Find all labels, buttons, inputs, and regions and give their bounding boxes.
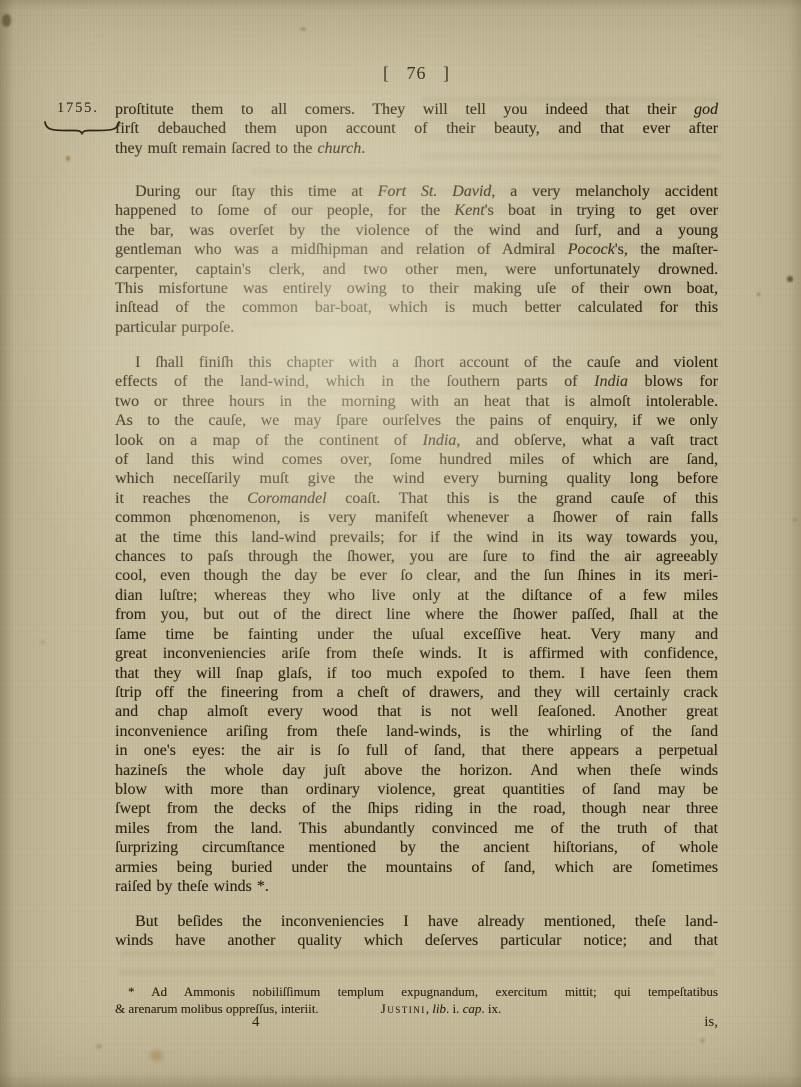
italic-text: Coromandel [247,490,326,507]
foxing-spot [2,14,11,27]
text-segment: , and obſerve, what a vaſt tract [456,432,718,449]
text-line: they muſt remain ſacred to the church. [115,139,718,158]
text-line: raiſed by theſe winds *. [115,877,718,896]
text-line: armies being buried under the mountains … [115,858,718,877]
text-segment: This misfortune was entirely owing to th… [115,280,718,297]
text-segment: armies being buried under the mountains … [115,859,718,876]
text-segment: chances to paſs through the ſhower, you … [115,548,718,565]
text-line: During our ſtay this time at Fort St. Da… [115,182,718,201]
text-segment: inconvenience ariſing from theſe land-wi… [115,723,718,740]
text-segment: ſwept from the decks of the ſhips riding… [115,800,718,817]
text-line: common phœnomenon, is very manifeſt when… [115,508,718,527]
text-segment: winds have another quality which deſerve… [115,932,718,949]
italic-text: church [317,140,361,157]
text-segment: dian luſtre; whereas they who live only … [115,587,718,604]
text-segment: ſame time be fainting under the uſual ex… [115,626,718,643]
body-paragraph: proſtitute them to all comers. They will… [115,100,718,158]
text-line: and chap almoſt every wood that is not w… [115,702,718,721]
text-line: * Ad Ammonis nobiliſſimum templum expugn… [115,984,718,1001]
text-line: hazineſs the whole day juſt above the ho… [115,761,718,780]
margin-year: 1755. [57,100,99,117]
text-line: chances to paſs through the ſhower, you … [115,547,718,566]
text-segment: hazineſs the whole day juſt above the ho… [115,762,718,779]
text-segment: cool, even though the day be ever ſo cle… [115,567,718,584]
text-line: proſtitute them to all comers. They will… [115,100,718,119]
foxing-spot [700,1038,705,1043]
text-segment: 's, the maſter- [615,241,718,258]
italic-text: Pocock [568,241,615,258]
text-line: inconvenience ariſing from theſe land-wi… [115,722,718,741]
text-line: I ſhall finiſh this chapter with a ſhort… [115,353,718,372]
text-line: carpenter, captain's clerk, and two othe… [115,260,718,279]
foxing-spot [66,156,70,161]
text-segment: proſtitute them to all comers. They will… [115,101,694,118]
text-line: This misfortune was entirely owing to th… [115,279,718,298]
text-segment: , a very melancholy accident [491,183,718,200]
text-line: gentleman who was a midſhipman and relat… [115,240,718,259]
text-line: particular purpoſe. [115,318,718,337]
foxing-spot [96,1044,102,1049]
text-line: in one's eyes: the air is ſo full of ſan… [115,741,718,760]
text-segment: from you, but out of the direct line whe… [115,606,718,623]
text-segment: ſurprizing circumſtance mentioned by the… [115,839,718,856]
text-segment: miles from the land. This abundantly con… [115,820,718,837]
text-segment: blow with more than ordinary violence, g… [115,781,718,798]
text-line: miles from the land. This abundantly con… [115,819,718,838]
text-line: inſtead of the common bar-boat, which is… [115,298,718,317]
text-line: great inconveniencies ariſe from theſe w… [115,644,718,663]
foxing-spot [757,293,760,296]
foxing-spot [40,640,45,644]
body-paragraph: But beſides the inconveniencies I have a… [115,912,718,951]
text-segment: happened to ſome of our people, for the [115,202,454,219]
text-segment: blows for [628,373,718,390]
text-line: winds have another quality which deſerve… [115,931,718,950]
text-line: from you, but out of the direct line whe… [115,605,718,624]
text-line: happened to ſome of our people, for the … [115,201,718,220]
text-line: dian luſtre; whereas they who live only … [115,586,718,605]
body-paragraph: I ſhall finiſh this chapter with a ſhort… [115,353,718,896]
text-line: ſwept from the decks of the ſhips riding… [115,799,718,818]
text-segment: inſtead of the common bar-boat, which is… [115,299,718,316]
italic-text: India [423,432,457,449]
text-segment: that they will ſnap glaſs, if too much e… [115,665,718,682]
foxing-spot [150,1050,163,1061]
text-segment: * Ad Ammonis nobiliſſimum templum expugn… [128,984,718,999]
text-segment: look on a map of the continent of [115,432,423,449]
text-line: which neceſſarily muſt give the wind eve… [115,469,718,488]
page-number: [ 76 ] [115,63,718,84]
text-segment: But beſides the inconveniencies I have a… [135,913,718,930]
text-line: at the time this land-wind prevails; for… [115,528,718,547]
text-segment: I ſhall finiſh this chapter with a ſhort… [135,354,718,371]
text-line: effects of the land-wind, which in the ſ… [115,372,718,391]
showthrough-ghost [120,950,715,982]
text-segment: and chap almoſt every wood that is not w… [115,703,718,720]
text-segment: great inconveniencies ariſe from theſe w… [115,645,718,662]
margin-brace [43,119,121,135]
text-segment: During our ſtay this time at [135,183,378,200]
text-segment: coaſt. That this is the grand cauſe of t… [327,490,718,507]
text-line: it reaches the Coromandel coaſt. That th… [115,489,718,508]
text-line: blow with more than ordinary violence, g… [115,780,718,799]
italic-text: god [694,101,718,118]
text-segment: gentleman who was a midſhipman and relat… [115,241,568,258]
body-paragraph: During our ſtay this time at Fort St. Da… [115,182,718,337]
text-segment: firſt debauched them upon account of the… [115,120,718,137]
text-segment: two or three hours in the morning with a… [115,393,718,410]
text-segment: they muſt remain ſacred to the [115,140,317,157]
text-segment: 's boat in trying to get over [485,202,718,219]
text-line: As to the cauſe, we may ſpare ourſelves … [115,411,718,430]
text-line: cool, even though the day be ever ſo cle… [115,566,718,585]
text-line: ſtrip off the fineering from a cheſt of … [115,683,718,702]
text-line: the bar, was overſet by the violence of … [115,221,718,240]
foxing-spot [787,276,793,282]
text-segment: As to the cauſe, we may ſpare ourſelves … [115,412,718,429]
text-line: of land this wind comes over, ſome hundr… [115,450,718,469]
text-line: firſt debauched them upon account of the… [115,119,718,138]
text-line: ſame time be fainting under the uſual ex… [115,625,718,644]
text-line: look on a map of the continent of India,… [115,431,718,450]
foxing-spot [300,27,306,31]
text-line: that they will ſnap glaſs, if too much e… [115,664,718,683]
text-segment: raiſed by theſe winds *. [115,878,269,895]
text-segment: effects of the land-wind, which in the ſ… [115,373,594,390]
text-segment: particular purpoſe. [115,319,234,336]
text-segment: . [361,140,365,157]
text-segment: common phœnomenon, is very manifeſt when… [115,509,718,526]
text-segment: ſtrip off the fineering from a cheſt of … [115,684,718,701]
text-segment: at the time this land-wind prevails; for… [115,529,718,546]
text-segment: of land this wind comes over, ſome hundr… [115,451,718,468]
text-segment: the bar, was overſet by the violence of … [115,222,718,239]
text-line: two or three hours in the morning with a… [115,392,718,411]
text-segment: it reaches the [115,490,247,507]
italic-text: India [594,373,628,390]
text-segment: in one's eyes: the air is ſo full of ſan… [115,742,718,759]
catchword: is, [115,1014,718,1031]
text-segment: carpenter, captain's clerk, and two othe… [115,261,718,278]
italic-text: Fort St. David [378,183,492,200]
text-line: ſurprizing circumſtance mentioned by the… [115,838,718,857]
italic-text: Kent [454,202,484,219]
text-line: But beſides the inconveniencies I have a… [115,912,718,931]
footnote: * Ad Ammonis nobiliſſimum templum expugn… [115,984,718,1018]
text-segment: which neceſſarily muſt give the wind eve… [115,470,718,487]
book-page: [ 76 ] 1755. proſtitute them to all come… [0,0,801,1087]
foxing-spot [793,518,797,522]
